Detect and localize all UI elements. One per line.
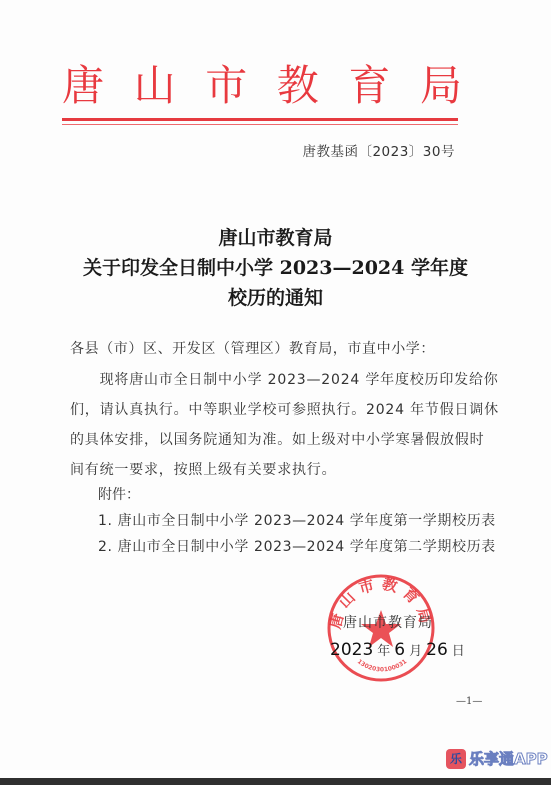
masthead-divider-thick (62, 118, 458, 121)
paragraph-line: 们，请认真执行。中等职业学校可参照执行。2024 年节假日调休 (70, 399, 499, 419)
date-day-unit: 日 (452, 644, 465, 659)
svg-text:1302030100031: 1302030100031 (356, 658, 409, 673)
document-number: 唐教基函〔2023〕30号 (302, 140, 455, 160)
title-line-1: 唐山市教育局 (0, 223, 551, 253)
masthead-char: 市 (205, 65, 247, 107)
paragraph-line: 间有统一要求，按照上级有关要求执行。 (70, 459, 336, 479)
masthead-title: 唐 山 市 教 育 局 (62, 58, 462, 114)
masthead-char: 山 (134, 65, 176, 107)
title-line-3: 校历的通知 (0, 283, 551, 313)
masthead-char: 教 (277, 65, 319, 107)
date-day: 26 (426, 640, 448, 660)
date-month-unit: 月 (409, 644, 422, 659)
date-year-unit: 年 (377, 644, 390, 659)
signature-organization: 唐山市教育局 (343, 612, 433, 632)
masthead-divider-thin (62, 124, 458, 125)
date-year: 2023 (330, 640, 373, 660)
app-logo-icon: 乐 (446, 749, 466, 769)
app-watermark: 乐 乐享通APP (446, 748, 548, 769)
signature-date: 2023年6月26日 (330, 640, 469, 660)
masthead-char: 育 (348, 65, 390, 107)
document-page: 唐 山 市 教 育 局 唐教基函〔2023〕30号 唐山市教育局 关于印发全日制… (0, 0, 551, 778)
masthead-char: 局 (420, 65, 462, 107)
paragraph-line: 的具体安排，以国务院通知为准。如上级对中小学寒暑假放假时 (70, 429, 484, 449)
bottom-bar (0, 778, 551, 785)
salutation: 各县（市）区、开发区（管理区）教育局，市直中小学： (70, 338, 435, 358)
title-line-2: 关于印发全日制中小学 2023—2024 学年度 (0, 253, 551, 283)
date-month: 6 (394, 640, 405, 660)
document-title: 唐山市教育局 关于印发全日制中小学 2023—2024 学年度 校历的通知 (0, 223, 551, 313)
app-watermark-text: 乐享通APP (469, 748, 548, 769)
page-number: —1— (456, 696, 482, 707)
attachments-label: 附件： (98, 484, 140, 504)
paragraph-line: 现将唐山市全日制中小学 2023—2024 学年度校历印发给你 (70, 369, 499, 389)
attachment-item: 2. 唐山市全日制中小学 2023—2024 学年度第二学期校历表 (98, 536, 496, 556)
masthead-char: 唐 (62, 65, 104, 107)
attachment-item: 1. 唐山市全日制中小学 2023—2024 学年度第一学期校历表 (98, 510, 496, 530)
